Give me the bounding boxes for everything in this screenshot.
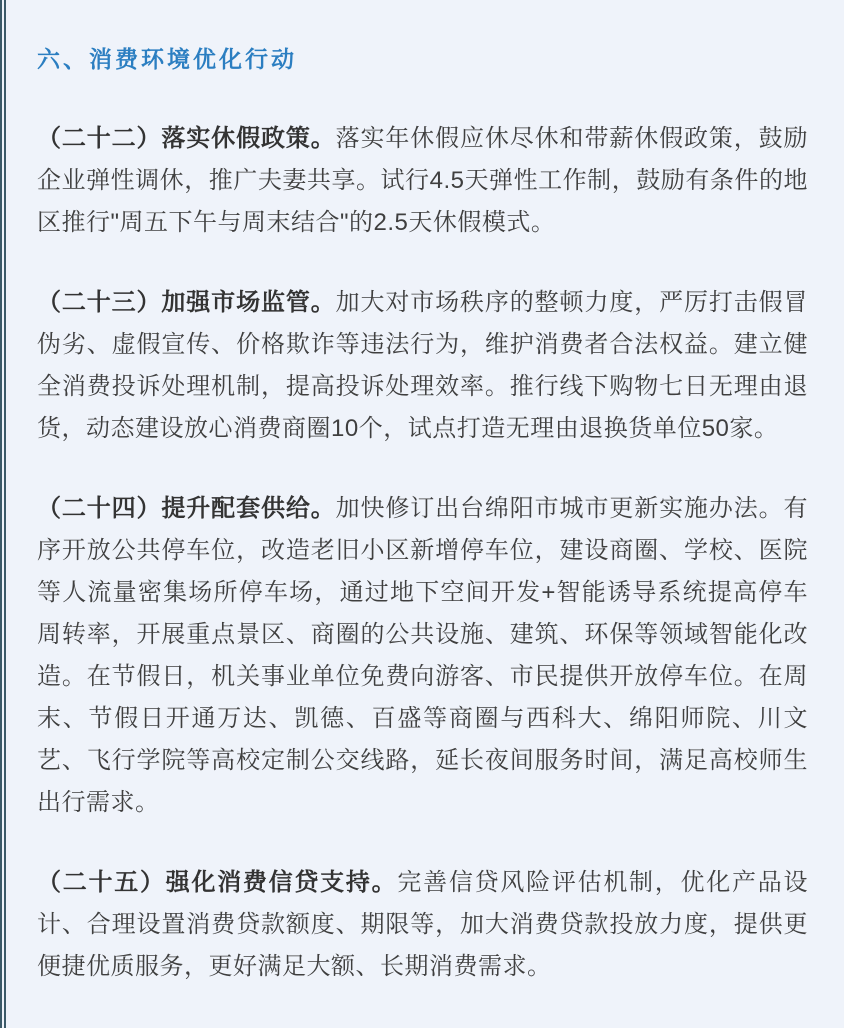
document-content: 六、消费环境优化行动 （二十二）落实休假政策。落实年休假应休尽休和带薪休假政策，… — [0, 0, 844, 1028]
paragraph-24-lead: （二十四）提升配套供给。 — [37, 495, 336, 522]
section-heading: 六、消费环境优化行动 — [37, 42, 808, 76]
paragraph-24-body: 加快修订出台绵阳市城市更新实施办法。有序开放公共停车位，改造老旧小区新增停车位，… — [37, 495, 808, 816]
paragraph-25: （二十五）强化消费信贷支持。完善信贷风险评估机制，优化产品设计、合理设置消费贷款… — [37, 862, 808, 988]
paragraph-22-lead: （二十二）落实休假政策。 — [37, 125, 336, 152]
left-double-rule — [0, 0, 6, 1028]
paragraph-24: （二十四）提升配套供给。加快修订出台绵阳市城市更新实施办法。有序开放公共停车位，… — [37, 488, 808, 824]
page-background: { "page": { "colors": { "background": "#… — [0, 0, 844, 1028]
paragraph-25-lead: （二十五）强化消费信贷支持。 — [37, 869, 397, 896]
paragraph-22: （二十二）落实休假政策。落实年休假应休尽休和带薪休假政策，鼓励企业弹性调休，推广… — [37, 118, 808, 244]
paragraph-23: （二十三）加强市场监管。加大对市场秩序的整顿力度，严厉打击假冒伪劣、虚假宣传、价… — [37, 282, 808, 450]
paragraph-23-lead: （二十三）加强市场监管。 — [37, 289, 336, 316]
